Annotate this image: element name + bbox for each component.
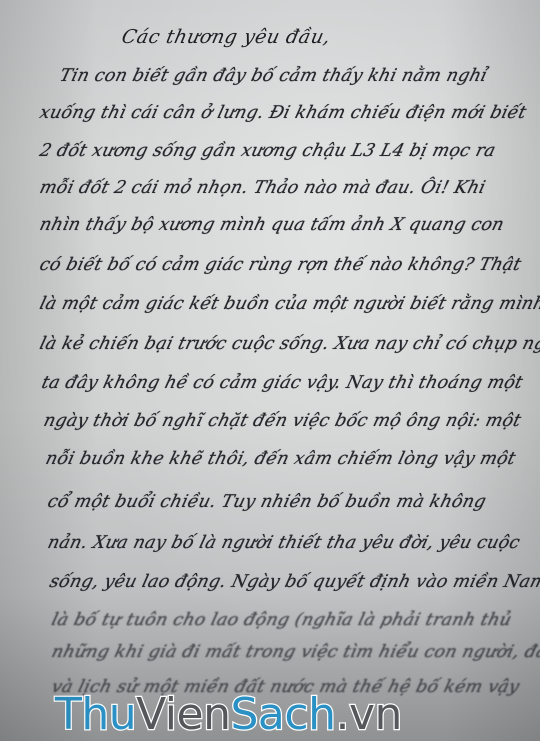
bottom-white-strip bbox=[0, 741, 540, 756]
watermark-part-vien: Vien bbox=[136, 689, 230, 740]
letter-line: 2 đốt xương sống gần xương chậu L3 L4 bị… bbox=[38, 141, 503, 161]
letter-line: sống, yêu lao động. Ngày bố quyết định v… bbox=[48, 572, 513, 592]
letter-line: Tin con biết gần đây bố cảm thấy khi nằm… bbox=[58, 66, 523, 86]
letter-salutation: Các thương yêu đầu, bbox=[120, 26, 333, 48]
watermark-part-thu: Thu bbox=[55, 689, 136, 740]
letter-line: nản. Xưa nay bố là người thiết tha yêu đ… bbox=[46, 533, 511, 553]
letter-line: ngày thời bố nghĩ chặt đến việc bốc mộ ô… bbox=[42, 411, 507, 431]
letter-photo: Các thương yêu đầu, Tin con biết gần đây… bbox=[0, 0, 540, 741]
letter-line: nhìn thấy bộ xương mình qua tấm ảnh X qu… bbox=[38, 215, 503, 235]
letter-line: xuống thì cái cân ở lưng. Đi khám chiếu … bbox=[38, 103, 503, 123]
letter-line: ta đây không hề có cảm giác vậy. Nay thì… bbox=[40, 373, 505, 393]
handwritten-letter: Các thương yêu đầu, Tin con biết gần đây… bbox=[0, 0, 540, 741]
letter-line: những khi già đi mất trong việc tìm hiểu… bbox=[50, 642, 515, 662]
letter-line: là bố tự tuôn cho lao động (nghĩa là phả… bbox=[50, 610, 515, 630]
letter-line: là một cảm giác kết buồn của một người b… bbox=[38, 294, 503, 314]
letter-line: là kẻ chiến bại trước cuộc sống. Xưa nay… bbox=[38, 334, 503, 354]
letter-line: mỗi đốt 2 cái mỏ nhọn. Thảo nào mà đau. … bbox=[38, 178, 503, 198]
letter-line: nỗi buồn khe khẽ thôi, đến xâm chiếm lòn… bbox=[44, 449, 509, 469]
letter-line: cổ một buổi chiều. Tuy nhiên bố buồn mà … bbox=[46, 492, 511, 512]
letter-line: có biết bố có cảm giác rùng rợn thế nào … bbox=[38, 255, 503, 275]
watermark-part-vn: .vn bbox=[335, 689, 401, 740]
watermark-part-sach: Sach bbox=[230, 689, 335, 740]
thuviensach-watermark-logo: ThuVienSach.vn bbox=[55, 691, 402, 739]
